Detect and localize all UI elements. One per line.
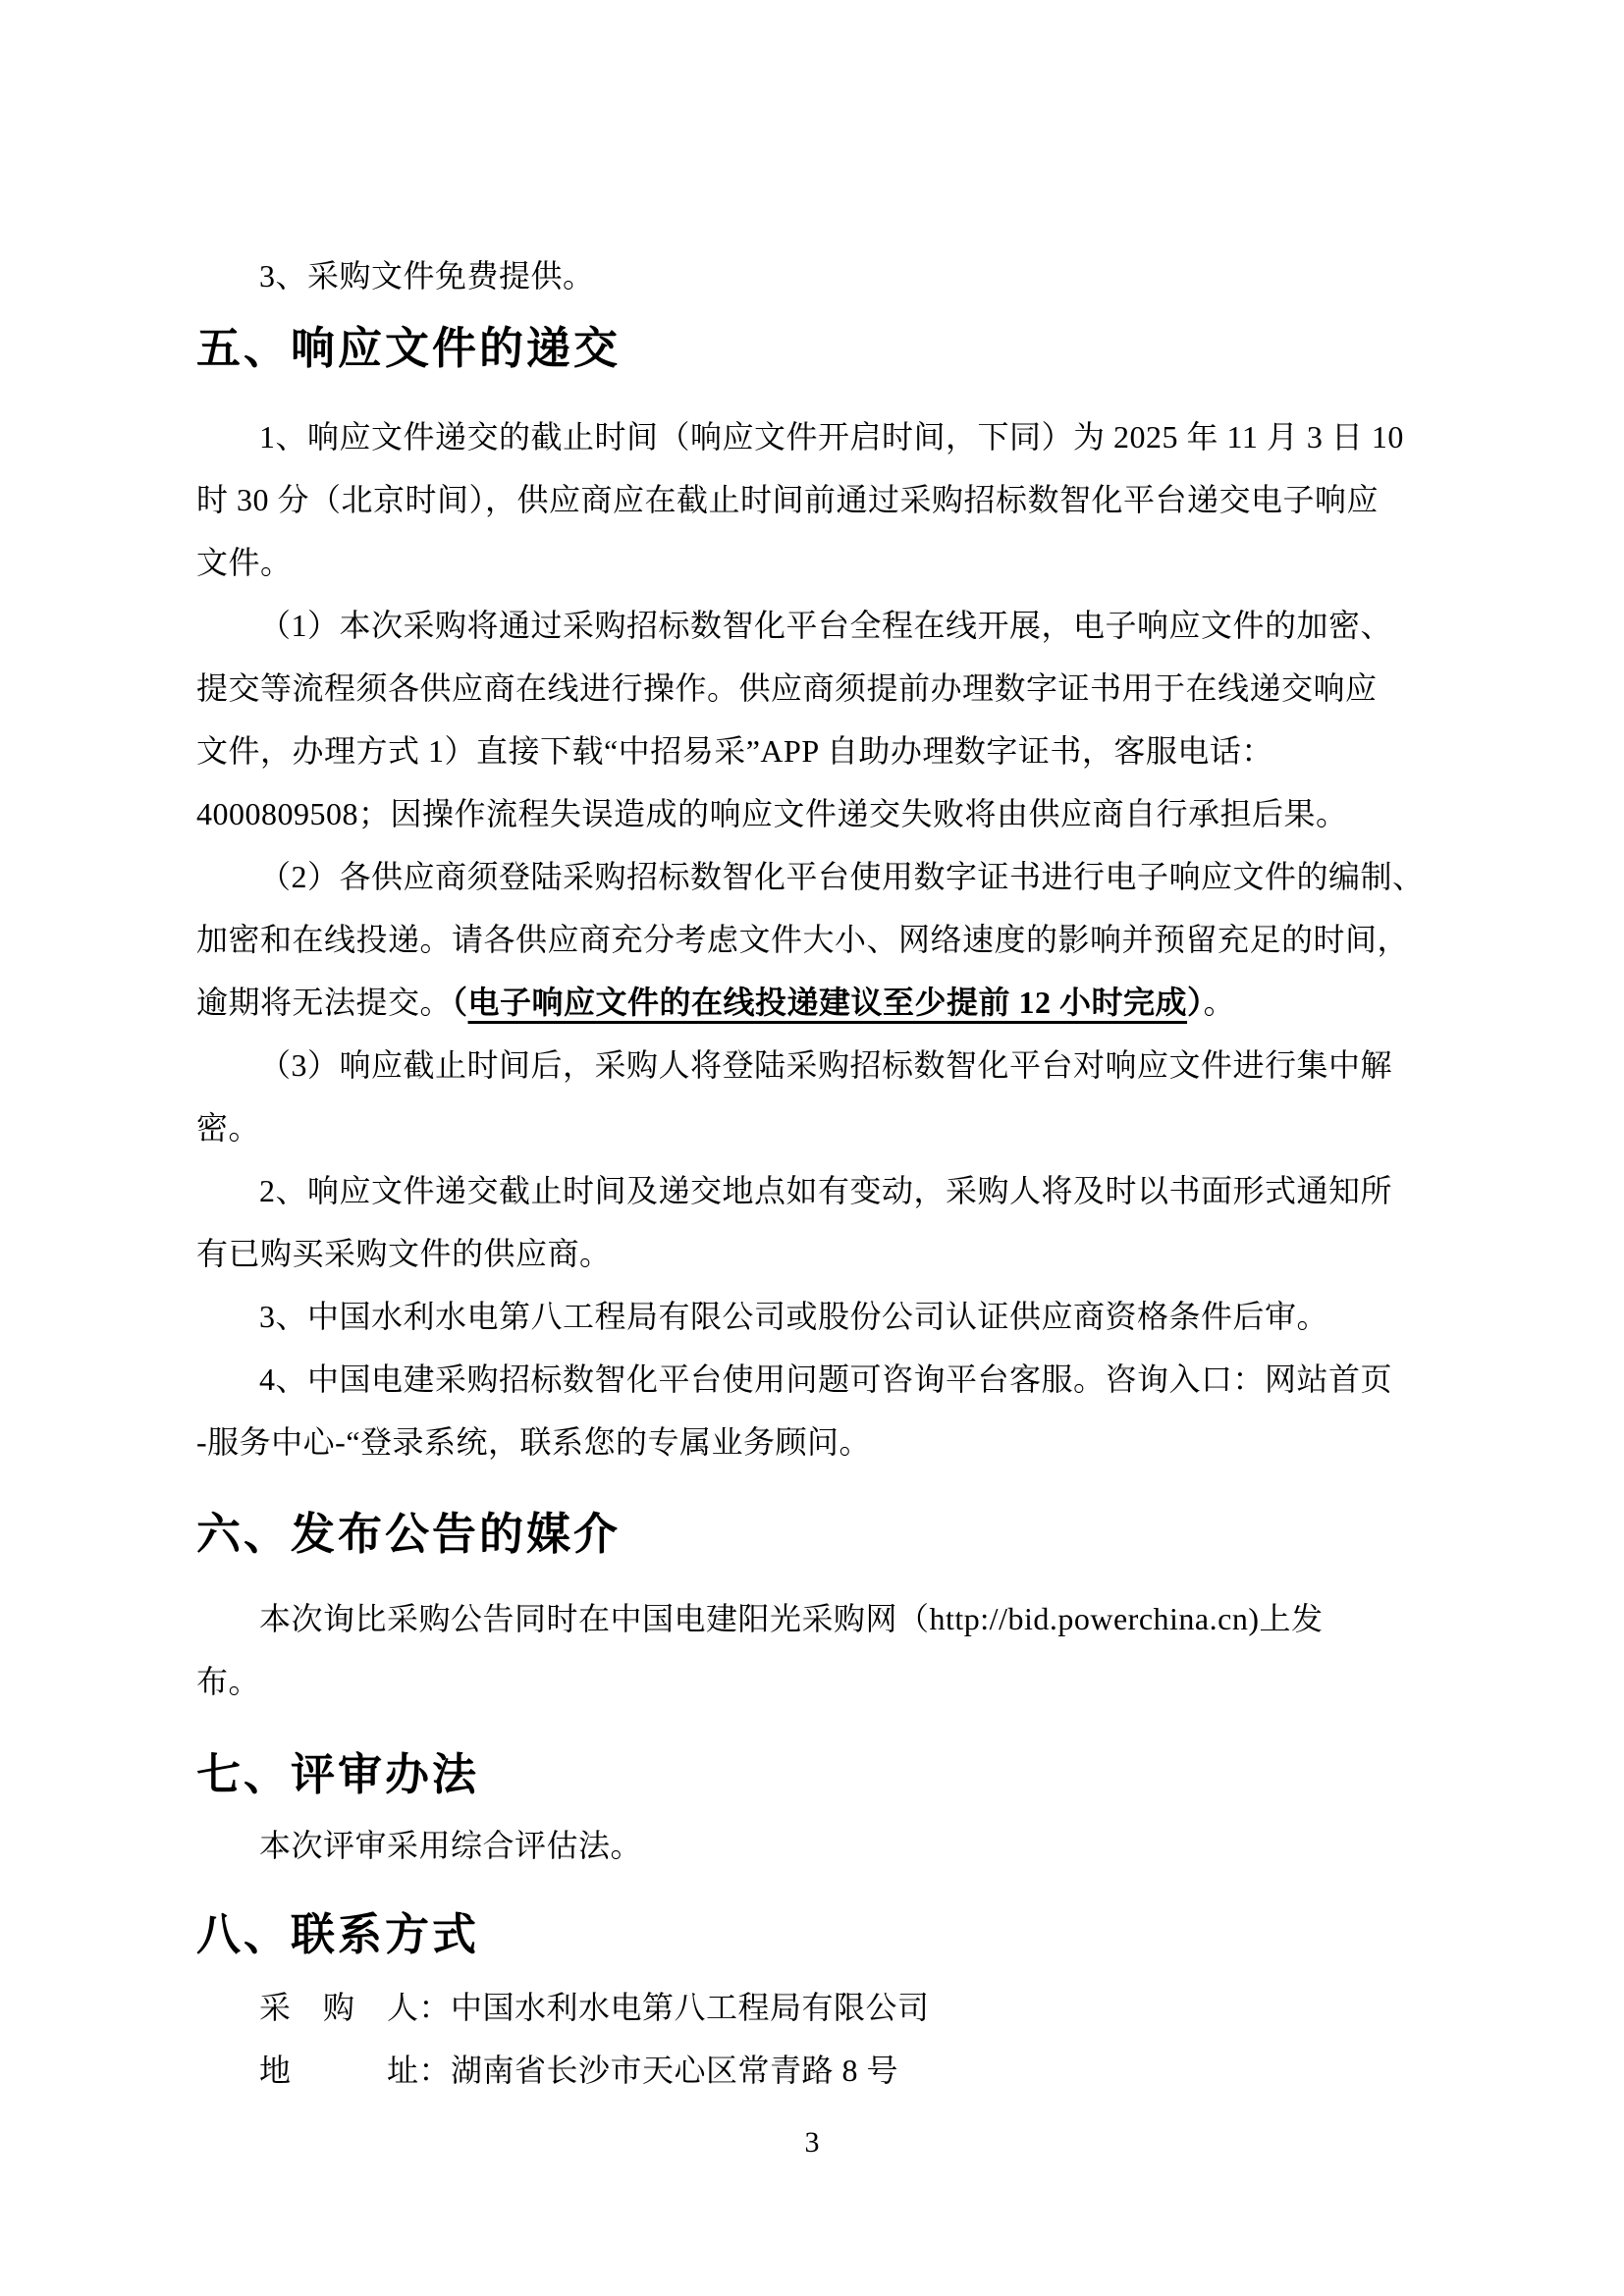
text-line: 布。 bbox=[196, 1650, 1428, 1713]
section-heading-6: 六、发布公告的媒介 bbox=[196, 1495, 1428, 1574]
text-line: （2）各供应商须登陆采购招标数智化平台使用数字证书进行电子响应文件的编制、 bbox=[196, 845, 1428, 908]
text-line: 文件，办理方式 1）直接下载“中招易采”APP 自助办理数字证书，客服电话： bbox=[196, 720, 1428, 782]
section-heading-5: 五、响应文件的递交 bbox=[196, 309, 1428, 388]
document-page: 3、采购文件免费提供。 五、响应文件的递交 1、响应文件递交的截止时间（响应文件… bbox=[0, 0, 1624, 2296]
top-margin bbox=[196, 0, 1428, 244]
text-line: 2、响应文件递交截止时间及递交地点如有变动，采购人将及时以书面形式通知所 bbox=[196, 1159, 1428, 1222]
text-line-purchaser: 采 购 人：中国水利水电第八工程局有限公司 bbox=[196, 1976, 1428, 2039]
text-line: 4000809508；因操作流程失误造成的响应文件递交失败将由供应商自行承担后果… bbox=[196, 782, 1428, 845]
text-line: 文件。 bbox=[196, 531, 1428, 594]
document-content: 3、采购文件免费提供。 五、响应文件的递交 1、响应文件递交的截止时间（响应文件… bbox=[196, 0, 1428, 2164]
text-line-deadline-note: 逾期将无法提交。（电子响应文件的在线投递建议至少提前 12 小时完成）。 bbox=[196, 971, 1428, 1034]
note-paren-open: （ bbox=[452, 985, 468, 1020]
text-line: 时 30 分（北京时间），供应商应在截止时间前通过采购招标数智化平台递交电子响应 bbox=[196, 468, 1428, 531]
text-line: 4、中国电建采购招标数智化平台使用问题可咨询平台客服。咨询入口：网站首页 bbox=[196, 1348, 1428, 1411]
text-line: 本次询比采购公告同时在中国电建阳光采购网（http://bid.powerchi… bbox=[196, 1587, 1428, 1650]
text-line: 有已购买采购文件的供应商。 bbox=[196, 1222, 1428, 1285]
note-emphasized-text: 电子响应文件的在线投递建议至少提前 12 小时完成 bbox=[468, 985, 1188, 1020]
text-line: 密。 bbox=[196, 1096, 1428, 1159]
text-line-address: 地 址：湖南省长沙市天心区常青路 8 号 bbox=[196, 2039, 1428, 2102]
text-line: 1、响应文件递交的截止时间（响应文件开启时间，下同）为 2025 年 11 月 … bbox=[196, 405, 1428, 468]
text-line: -服务中心-“登录系统，联系您的专属业务顾问。 bbox=[196, 1411, 1428, 1473]
section-heading-7: 七、评审办法 bbox=[196, 1735, 1428, 1814]
note-prefix: 逾期将无法提交。 bbox=[196, 985, 452, 1020]
text-line: （1）本次采购将通过采购招标数智化平台全程在线开展，电子响应文件的加密、 bbox=[196, 594, 1428, 657]
text-line: （3）响应截止时间后，采购人将登陆采购招标数智化平台对响应文件进行集中解 bbox=[196, 1034, 1428, 1096]
text-line: 提交等流程须各供应商在线进行操作。供应商须提前办理数字证书用于在线递交响应 bbox=[196, 657, 1428, 720]
page-number: 3 bbox=[196, 2121, 1428, 2164]
section-heading-8: 八、联系方式 bbox=[196, 1896, 1428, 1974]
text-line: 本次评审采用综合评估法。 bbox=[196, 1814, 1428, 1877]
note-period: 。 bbox=[1204, 985, 1236, 1020]
text-line: 3、中国水利水电第八工程局有限公司或股份公司认证供应商资格条件后审。 bbox=[196, 1285, 1428, 1348]
text-line: 3、采购文件免费提供。 bbox=[196, 244, 1428, 307]
note-paren-close: ） bbox=[1187, 985, 1204, 1020]
text-line: 加密和在线投递。请各供应商充分考虑文件大小、网络速度的影响并预留充足的时间， bbox=[196, 908, 1428, 971]
